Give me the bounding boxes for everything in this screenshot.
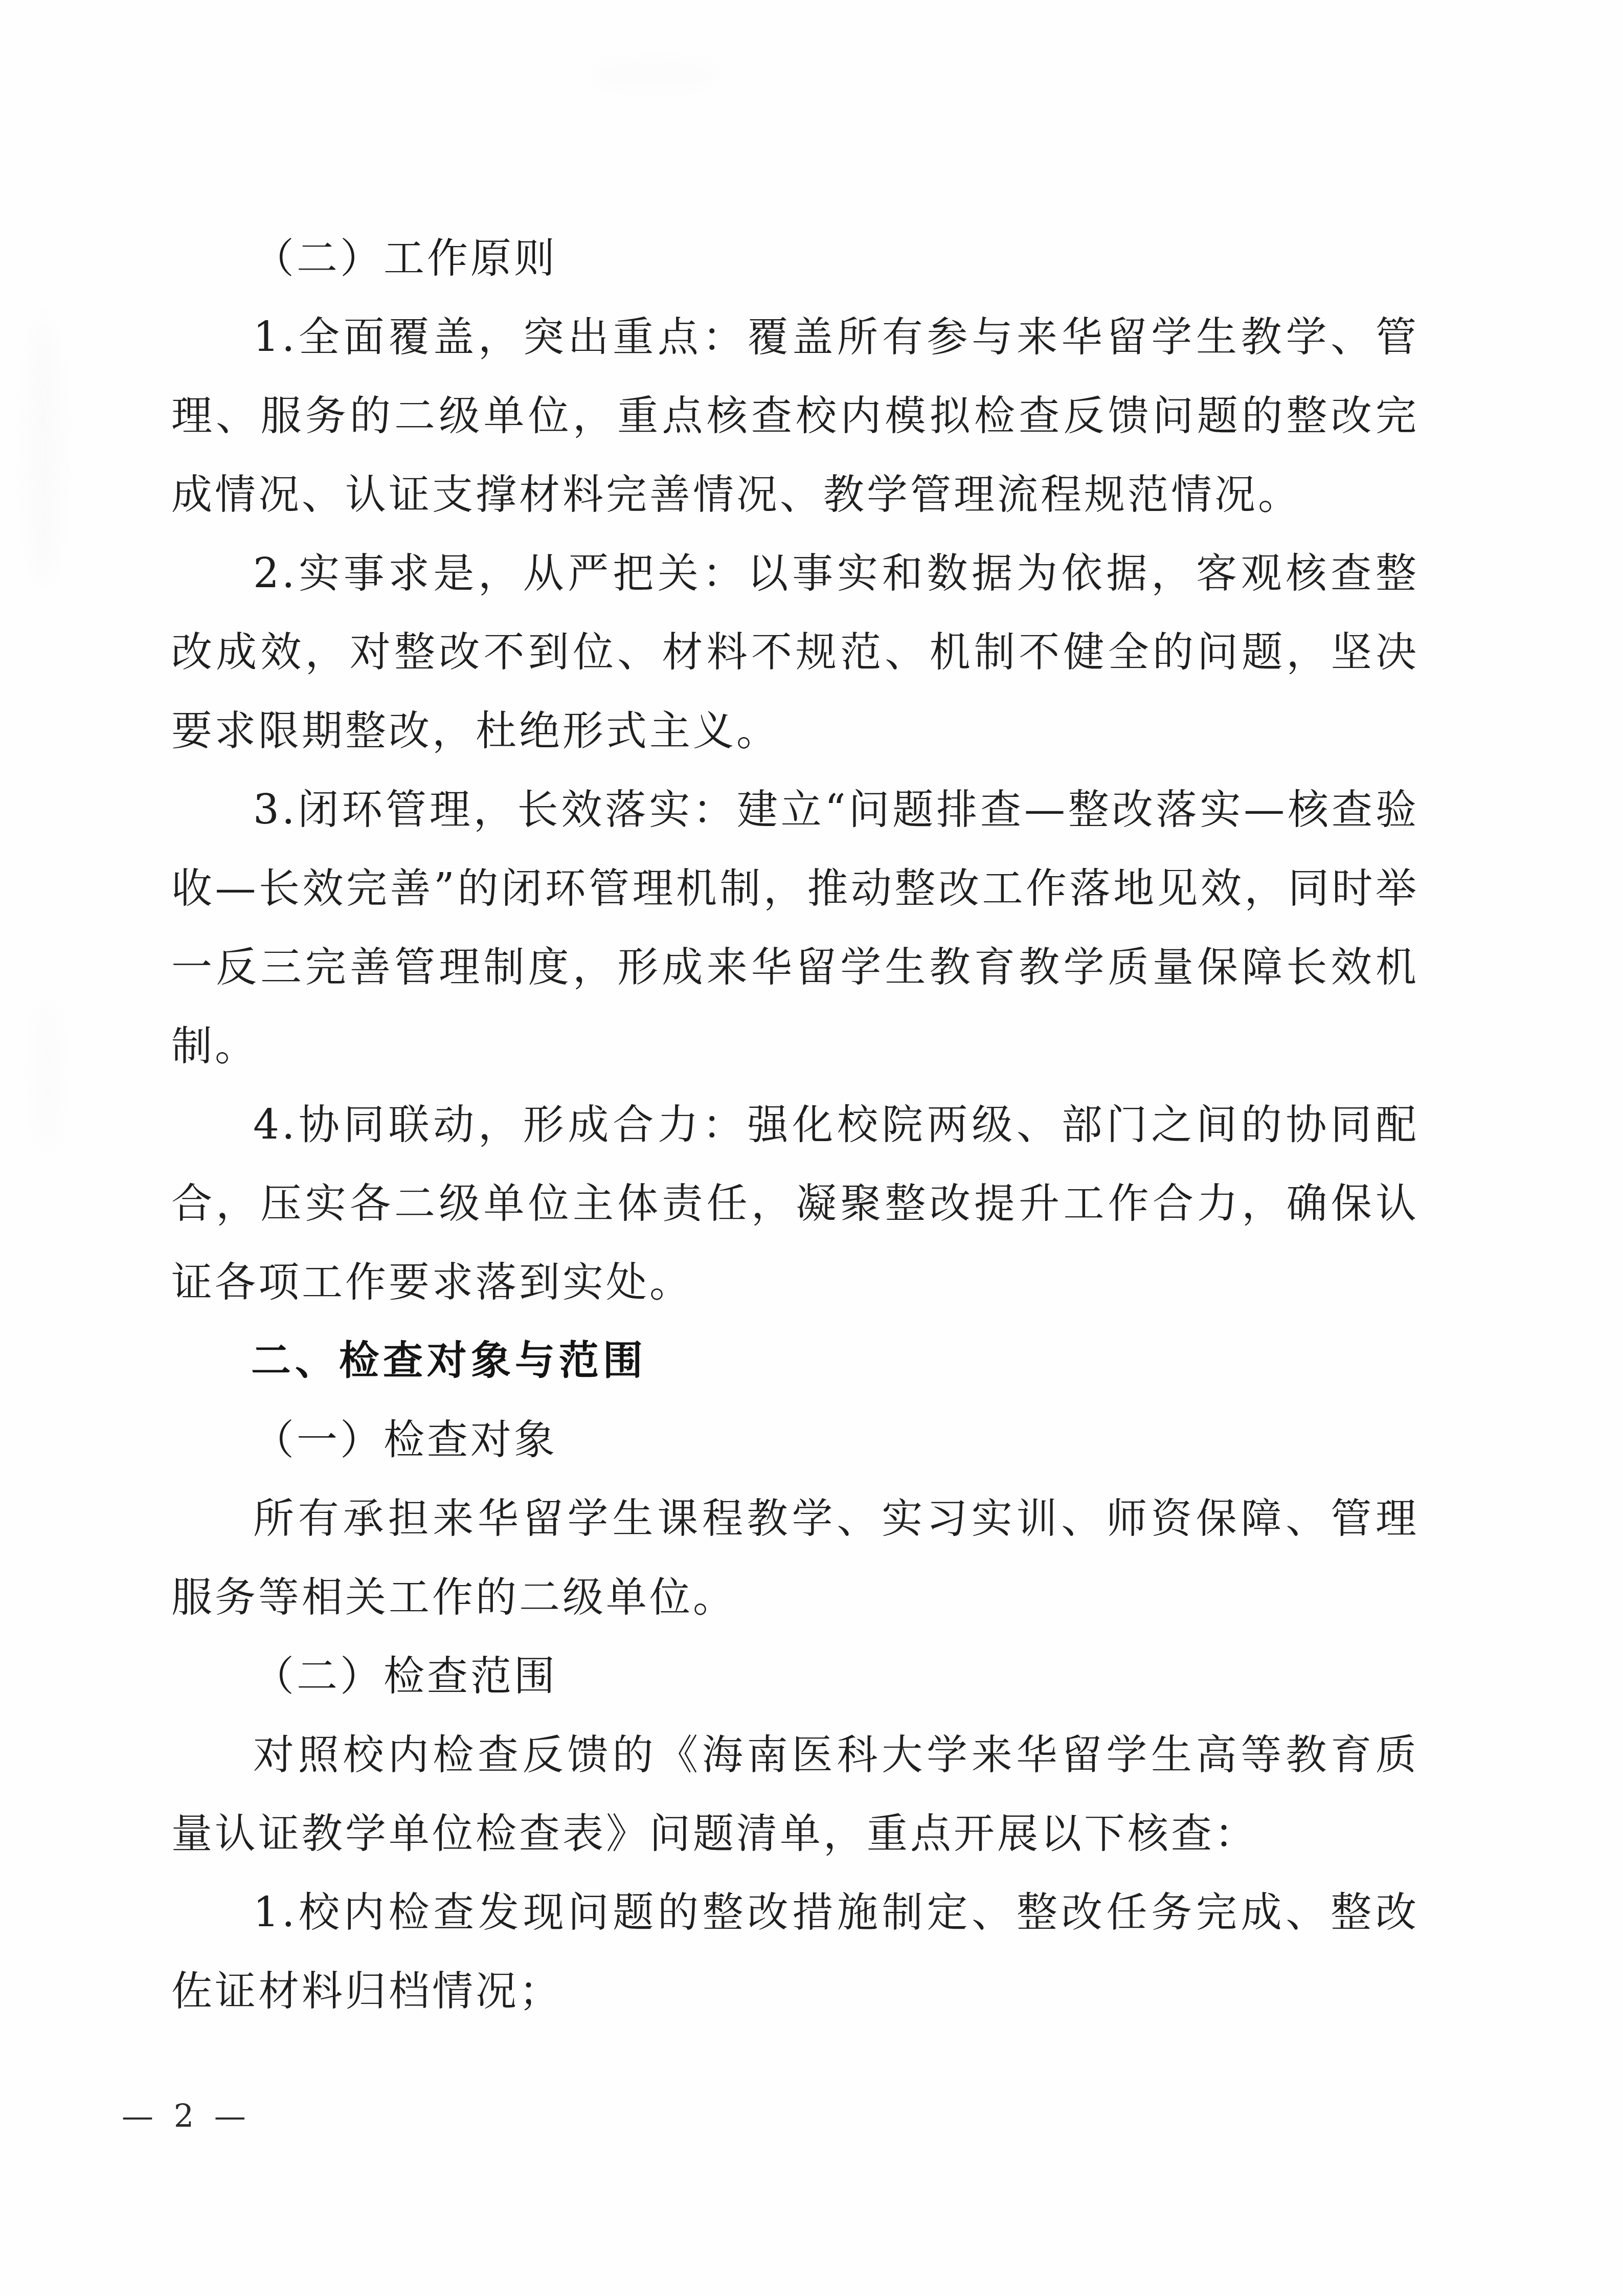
subheading-inspection-target: （一）检查对象 <box>171 1400 1419 1479</box>
page-number: — 2 — <box>122 2097 251 2134</box>
scan-smudge <box>588 61 721 87</box>
scan-smudge <box>36 997 59 1151</box>
para-principle-3: 3.闭环管理，长效落实：建立“问题排查—整改落实—核查验收—长效完善”的闭环管理… <box>171 770 1419 1085</box>
para-principle-2: 2.实事求是，从严把关：以事实和数据为依据，客观核查整改成效，对整改不到位、材料… <box>171 534 1419 770</box>
para-inspection-target: 所有承担来华留学生课程教学、实习实训、师资保障、管理服务等相关工作的二级单位。 <box>171 1479 1419 1637</box>
subheading-inspection-scope: （二）检查范围 <box>171 1637 1419 1715</box>
subheading-work-principles: （二）工作原则 <box>171 219 1419 298</box>
heading-inspection-target-and-scope: 二、检查对象与范围 <box>171 1322 1419 1400</box>
para-check-item-1: 1.校内检查发现问题的整改措施制定、整改任务完成、整改佐证材料归档情况； <box>171 1873 1419 2031</box>
scanned-document-page: （二）工作原则 1.全面覆盖，突出重点：覆盖所有参与来华留学生教学、管理、服务的… <box>0 0 1623 2296</box>
scan-smudge <box>28 317 59 583</box>
para-inspection-scope-intro: 对照校内检查反馈的《海南医科大学来华留学生高等教育质量认证教学单位检查表》问题清… <box>171 1715 1419 1873</box>
para-principle-4: 4.协同联动，形成合力：强化校院两级、部门之间的协同配合，压实各二级单位主体责任… <box>171 1085 1419 1322</box>
document-body: （二）工作原则 1.全面覆盖，突出重点：覆盖所有参与来华留学生教学、管理、服务的… <box>171 219 1419 2031</box>
para-principle-1: 1.全面覆盖，突出重点：覆盖所有参与来华留学生教学、管理、服务的二级单位，重点核… <box>171 298 1419 534</box>
